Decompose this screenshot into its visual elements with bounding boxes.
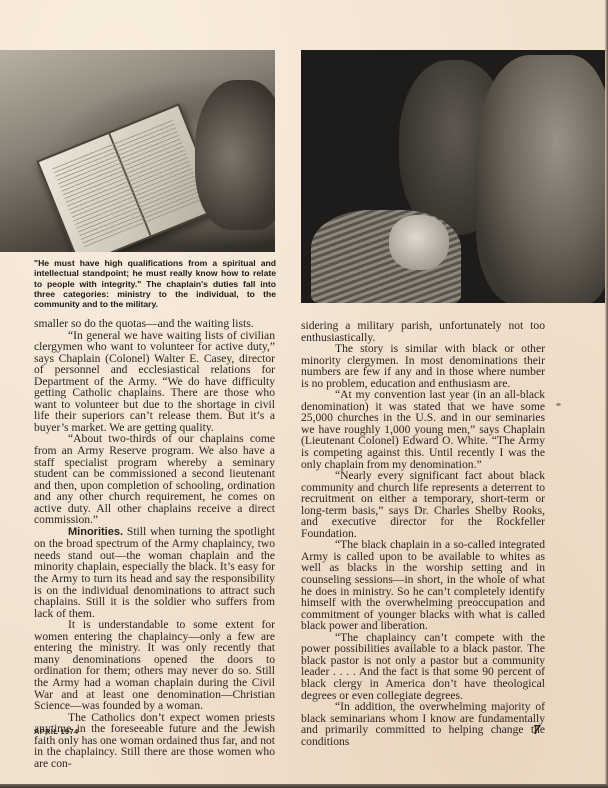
article-paragraph: “In general we have waiting lists of civ… [34, 330, 275, 434]
article-paragraph: sidering a military parish, unfortunatel… [301, 320, 545, 343]
reader-head-graphic [195, 80, 275, 230]
article-paragraph: It is understandable to some extent for … [34, 619, 275, 711]
chaplain-figure-graphic [476, 55, 605, 303]
page-number: 7 [533, 722, 540, 737]
child-head-graphic [389, 215, 449, 270]
article-paragraph: “In addition, the overwhelming majority … [301, 701, 545, 747]
paper-blemish [556, 403, 561, 406]
section-heading-run-in: Minorities. [68, 526, 123, 538]
open-book-graphic [36, 103, 221, 252]
article-column-left: smaller so do the quotas—and the waiting… [34, 318, 275, 769]
photo-caption: "He must have high qualifications from a… [34, 258, 276, 309]
photo-chaplain-with-family [301, 50, 605, 303]
article-paragraph: “At my convention last year (in an all-b… [301, 389, 545, 470]
article-paragraph: “About two-thirds of our chaplains come … [34, 433, 275, 525]
article-column-right: sidering a military parish, unfortunatel… [301, 320, 545, 747]
article-paragraph: The Catholics don’t expect women priests… [34, 712, 275, 770]
article-paragraph: “The chaplaincy can’t compete with the p… [301, 632, 545, 701]
article-paragraph: The story is similar with black or other… [301, 343, 545, 389]
page-edge-bottom [0, 784, 608, 788]
photo-chaplain-reading [0, 50, 275, 252]
issue-date: APRIL 1974 [34, 727, 79, 736]
article-paragraph: smaller so do the quotas—and the waiting… [34, 318, 275, 330]
article-paragraph: “The black chaplain in a so-called integ… [301, 539, 545, 631]
article-paragraph: “Nearly every significant fact about bla… [301, 470, 545, 539]
article-paragraph: Minorities. Still when turning the spotl… [34, 526, 275, 619]
